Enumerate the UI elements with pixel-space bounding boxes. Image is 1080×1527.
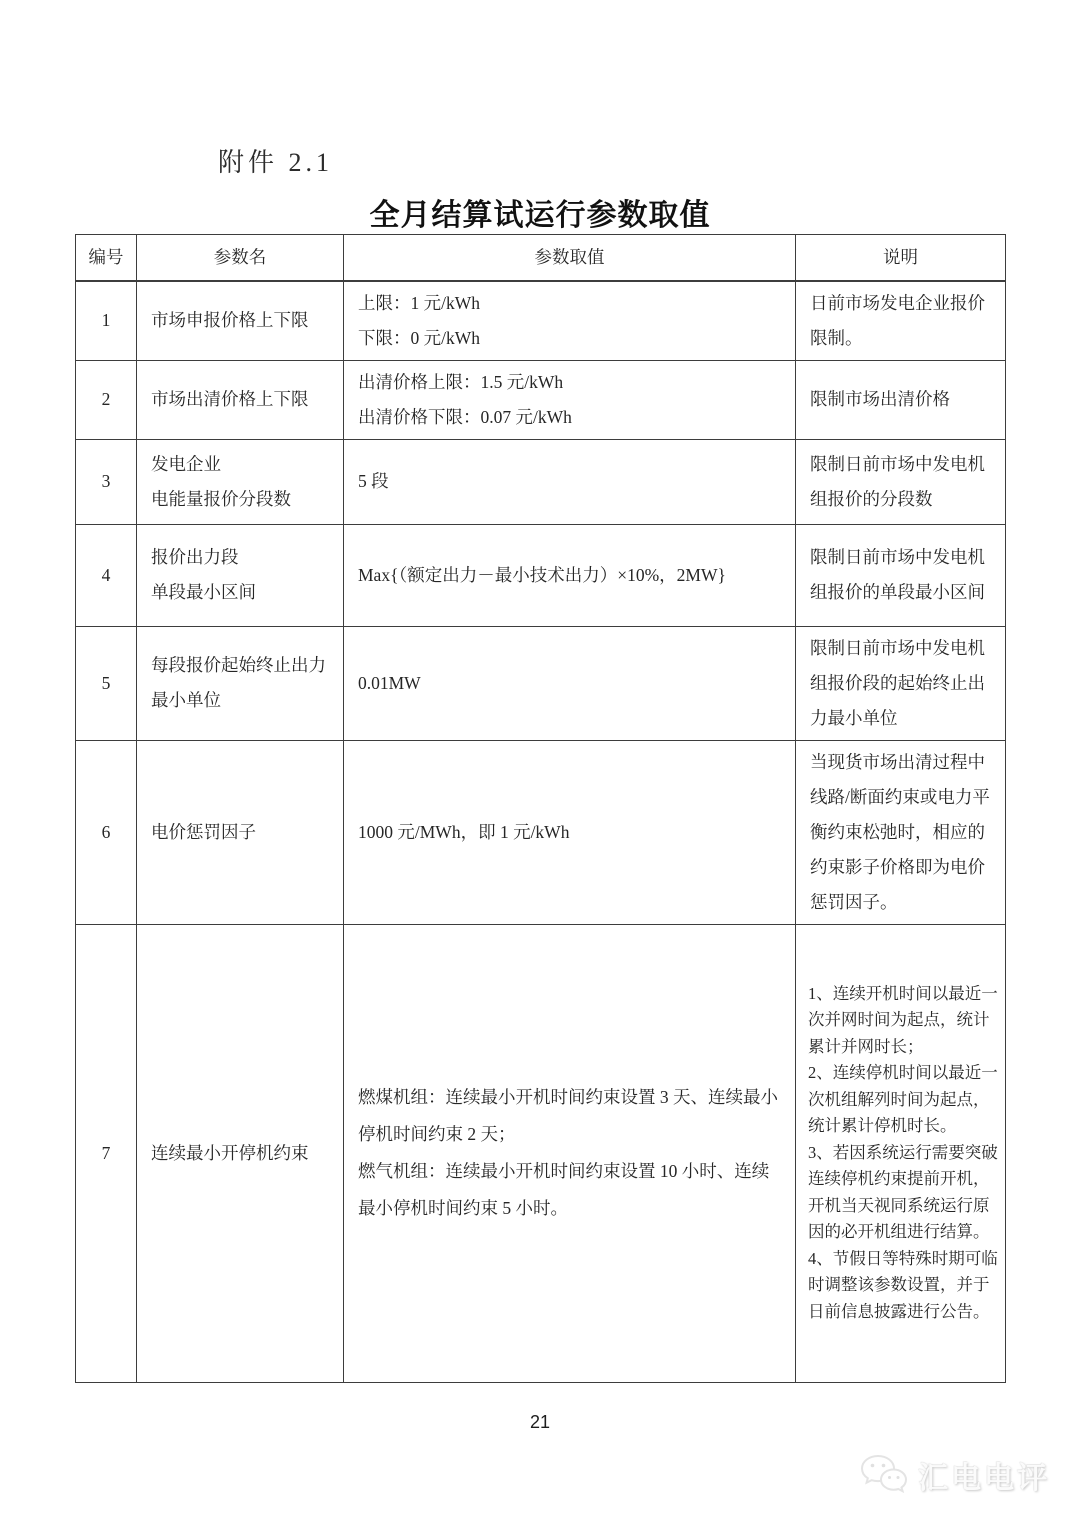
table-row: 6 电价惩罚因子 1000 元/MWh，即 1 元/kWh 当现货市场出清过程中… <box>76 740 1006 924</box>
table-header-row: 编号 参数名 参数取值 说明 <box>76 235 1006 281</box>
param-value: Max{（额定出力－最小技术出力）×10%，2MW} <box>344 524 796 626</box>
row-number: 6 <box>76 740 137 924</box>
param-name: 每段报价起始终止出力最小单位 <box>137 626 344 740</box>
table-row: 4 报价出力段 单段最小区间 Max{（额定出力－最小技术出力）×10%，2MW… <box>76 524 1006 626</box>
param-note: 日前市场发电企业报价限制。 <box>796 281 1006 361</box>
param-name: 连续最小开停机约束 <box>137 924 344 1382</box>
watermark: 汇电电评 <box>858 1452 1050 1498</box>
param-value: 0.01MW <box>344 626 796 740</box>
param-name: 电价惩罚因子 <box>137 740 344 924</box>
param-note: 限制市场出清价格 <box>796 360 1006 439</box>
col-header-number: 编号 <box>76 235 137 281</box>
param-name: 市场申报价格上下限 <box>137 281 344 361</box>
param-name: 发电企业 电能量报价分段数 <box>137 439 344 524</box>
param-value: 上限：1 元/kWh 下限：0 元/kWh <box>344 281 796 361</box>
col-header-note: 说明 <box>796 235 1006 281</box>
table-row: 7 连续最小开停机约束 燃煤机组：连续最小开机时间约束设置 3 天、连续最小停机… <box>76 924 1006 1382</box>
param-name: 报价出力段 单段最小区间 <box>137 524 344 626</box>
param-value: 1000 元/MWh，即 1 元/kWh <box>344 740 796 924</box>
param-note: 1、连续开机时间以最近一次并网时间为起点，统计累计并网时长； 2、连续停机时间以… <box>796 924 1006 1382</box>
wechat-icon <box>858 1452 910 1498</box>
param-note: 当现货市场出清过程中线路/断面约束或电力平衡约束松弛时，相应的约束影子价格即为电… <box>796 740 1006 924</box>
col-header-param-value: 参数取值 <box>344 235 796 281</box>
row-number: 5 <box>76 626 137 740</box>
table-row: 1 市场申报价格上下限 上限：1 元/kWh 下限：0 元/kWh 日前市场发电… <box>76 281 1006 361</box>
parameters-table: 编号 参数名 参数取值 说明 1 市场申报价格上下限 上限：1 元/kWh 下限… <box>75 234 1006 1383</box>
param-value: 燃煤机组：连续最小开机时间约束设置 3 天、连续最小停机时间约束 2 天； 燃气… <box>344 924 796 1382</box>
param-note: 限制日前市场中发电机组报价的分段数 <box>796 439 1006 524</box>
document-page: 附件 2.1 全月结算试运行参数取值 编号 参数名 参数取值 说明 1 市场申报… <box>0 0 1080 1527</box>
param-note: 限制日前市场中发电机组报价的单段最小区间 <box>796 524 1006 626</box>
row-number: 4 <box>76 524 137 626</box>
row-number: 7 <box>76 924 137 1382</box>
page-number: 21 <box>0 1412 1080 1433</box>
param-value: 5 段 <box>344 439 796 524</box>
param-value: 出清价格上限：1.5 元/kWh 出清价格下限：0.07 元/kWh <box>344 360 796 439</box>
param-note: 限制日前市场中发电机组报价段的起始终止出力最小单位 <box>796 626 1006 740</box>
row-number: 1 <box>76 281 137 361</box>
table-row: 3 发电企业 电能量报价分段数 5 段 限制日前市场中发电机组报价的分段数 <box>76 439 1006 524</box>
attachment-label: 附件 2.1 <box>218 142 333 179</box>
table-row: 5 每段报价起始终止出力最小单位 0.01MW 限制日前市场中发电机组报价段的起… <box>76 626 1006 740</box>
row-number: 2 <box>76 360 137 439</box>
row-number: 3 <box>76 439 137 524</box>
watermark-text: 汇电电评 <box>918 1453 1050 1497</box>
param-name: 市场出清价格上下限 <box>137 360 344 439</box>
table-row: 2 市场出清价格上下限 出清价格上限：1.5 元/kWh 出清价格下限：0.07… <box>76 360 1006 439</box>
page-title: 全月结算试运行参数取值 <box>75 190 1005 234</box>
col-header-param-name: 参数名 <box>137 235 344 281</box>
